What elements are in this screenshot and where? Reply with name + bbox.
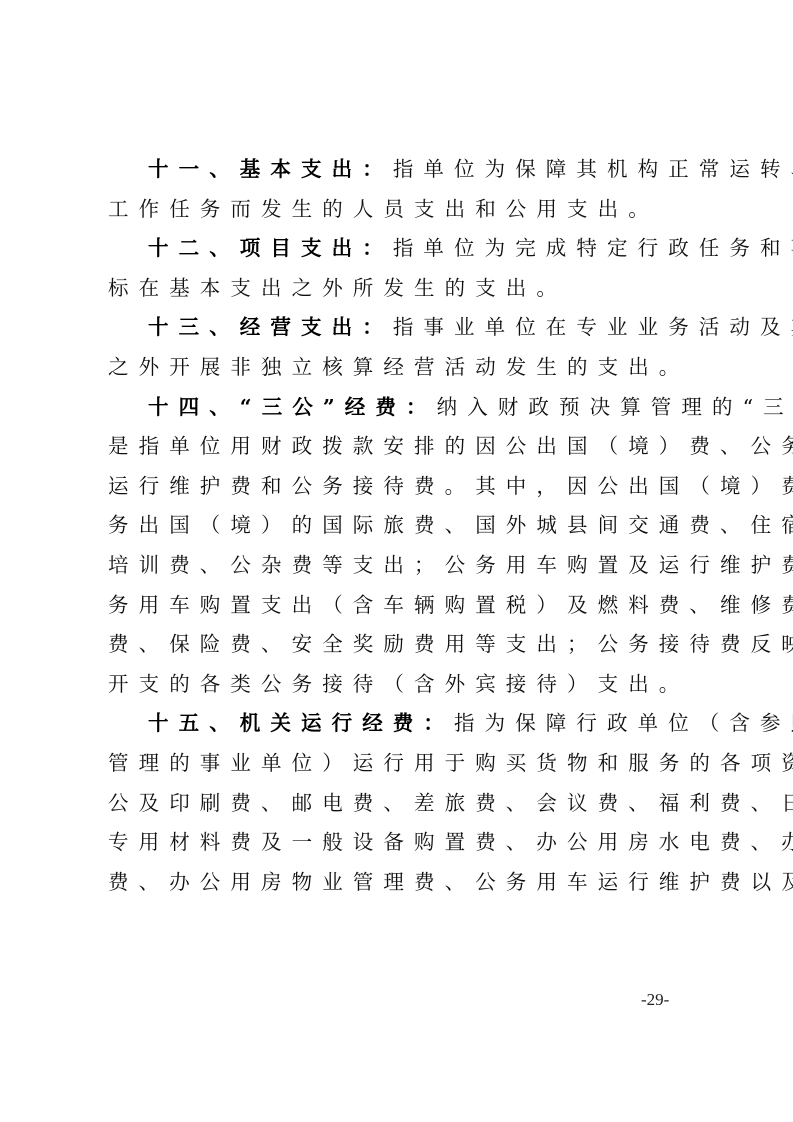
text-line: 是指单位用财政拨款安排的因公出国（境）费、公务用车购置及 [108, 427, 698, 467]
term-heading: 十四、“三公”经费： [148, 395, 437, 419]
document-page: 十一、基本支出：指单位为保障其机构正常运转、完成日常 工作任务而发生的人员支出和… [0, 0, 793, 1122]
text-line: 工作任务而发生的人员支出和公用支出。 [108, 190, 698, 230]
definition-text: 指单位为保障其机构正常运转、完成日常 [393, 157, 793, 181]
paragraph-agency-operating-funds: 十五、机关运行经费：指为保障行政单位（含参照公务员法 [108, 704, 698, 744]
definition-text: 指为保障行政单位（含参照公务员法 [454, 711, 793, 735]
text-line: 开支的各类公务接待（含外宾接待）支出。 [108, 665, 698, 705]
paragraph-basic-expenditure: 十一、基本支出：指单位为保障其机构正常运转、完成日常 [108, 150, 698, 190]
definition-text: 指事业单位在专业业务活动及其辅助活动 [393, 315, 793, 339]
text-line: 标在基本支出之外所发生的支出。 [108, 269, 698, 309]
term-heading: 十五、机关运行经费： [148, 711, 454, 735]
definition-text: 指单位为完成特定行政任务和事业发展目 [393, 236, 793, 260]
text-line: 专用材料费及一般设备购置费、办公用房水电费、办公用房取暖 [108, 823, 698, 863]
page-number: -29- [641, 990, 669, 1010]
paragraph-three-public-expenses: 十四、“三公”经费：纳入财政预决算管理的“三公”经费， [108, 388, 698, 428]
definition-text: 纳入财政预决算管理的“三公”经费， [437, 395, 793, 419]
text-line: 管理的事业单位）运行用于购买货物和服务的各项资金，包括办 [108, 744, 698, 784]
text-line: 培训费、公杂费等支出；公务用车购置及运行维护费反映单位公 [108, 546, 698, 586]
body-text: 十一、基本支出：指单位为保障其机构正常运转、完成日常 工作任务而发生的人员支出和… [108, 150, 698, 902]
paragraph-operating-expenditure: 十三、经营支出：指事业单位在专业业务活动及其辅助活动 [108, 308, 698, 348]
text-line: 务出国（境）的国际旅费、国外城县间交通费、住宿费、伙食费、 [108, 506, 698, 546]
text-line: 公及印刷费、邮电费、差旅费、会议费、福利费、日常维修费、 [108, 784, 698, 824]
text-line: 费、办公用房物业管理费、公务用车运行维护费以及其他费用。 [108, 863, 698, 903]
paragraph-project-expenditure: 十二、项目支出：指单位为完成特定行政任务和事业发展目 [108, 229, 698, 269]
term-heading: 十三、经营支出： [148, 315, 393, 339]
text-line: 之外开展非独立核算经营活动发生的支出。 [108, 348, 698, 388]
text-line: 运行维护费和公务接待费。其中，因公出国（境）费反映单位公 [108, 467, 698, 507]
text-line: 务用车购置支出（含车辆购置税）及燃料费、维修费、过桥过路 [108, 586, 698, 626]
text-line: 费、保险费、安全奖励费用等支出；公务接待费反映单位按规定 [108, 625, 698, 665]
term-heading: 十二、项目支出： [148, 236, 393, 260]
term-heading: 十一、基本支出： [148, 157, 393, 181]
